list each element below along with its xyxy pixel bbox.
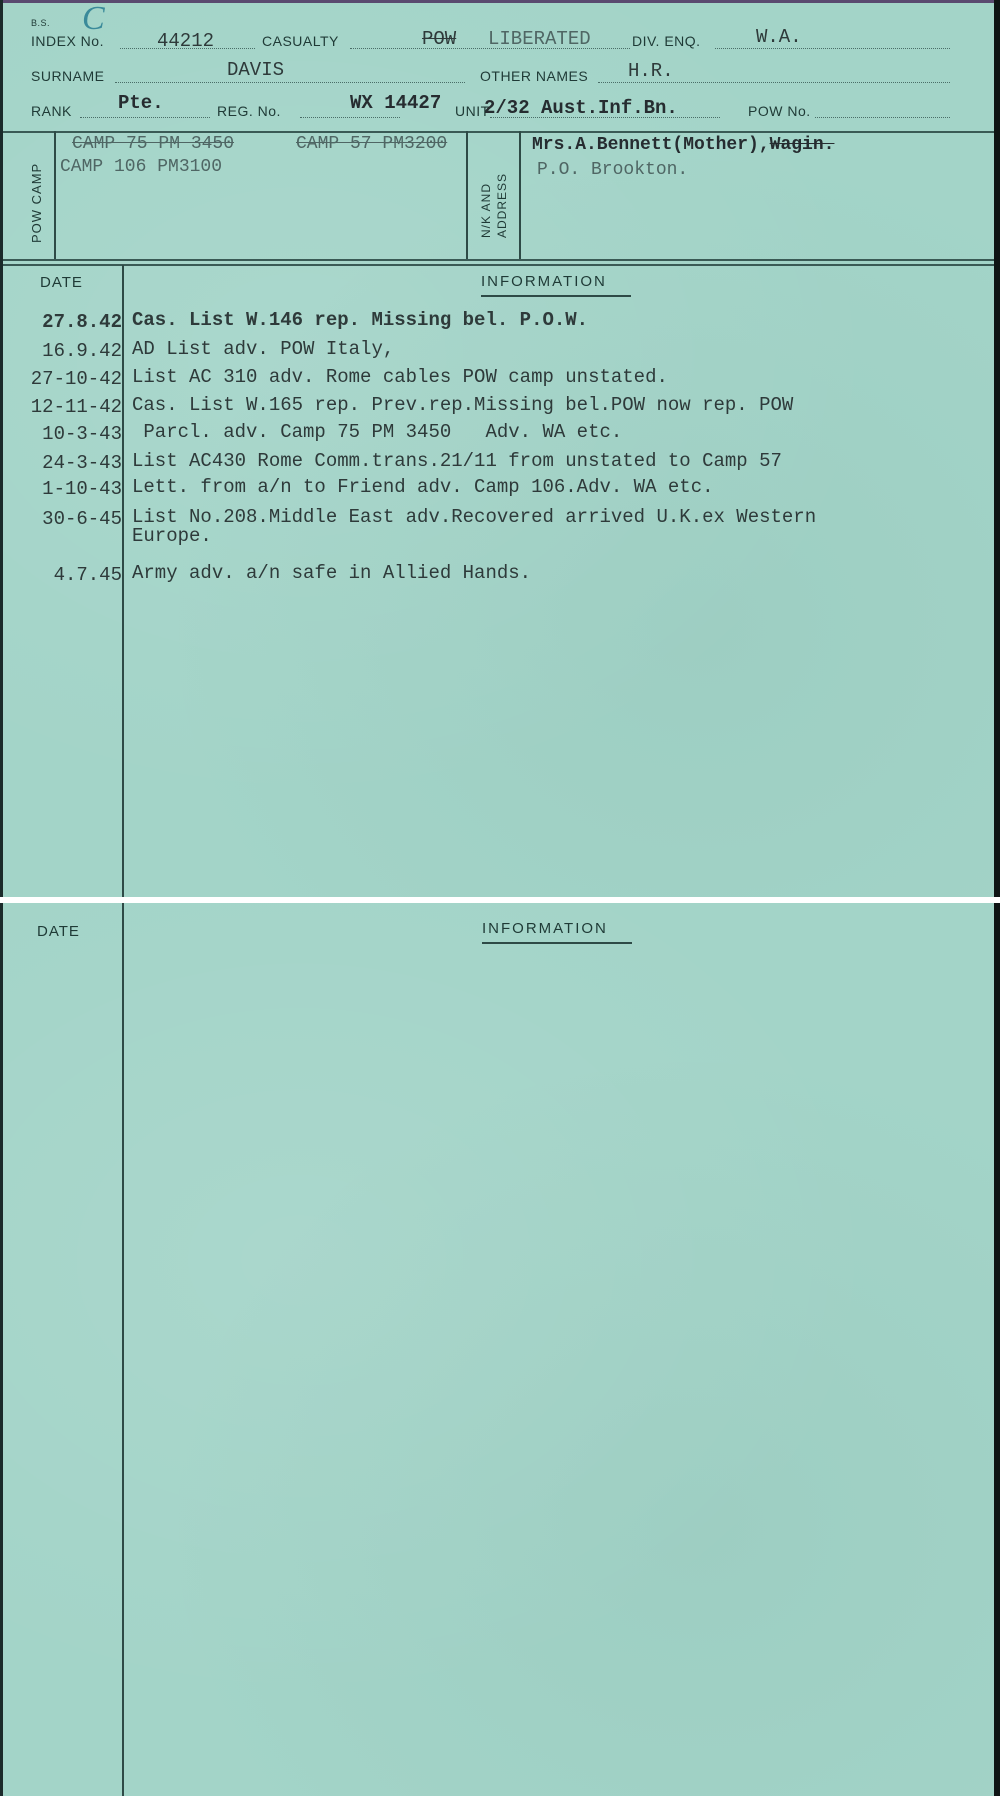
card-edge	[0, 0, 1000, 3]
nok-line1: Mrs.A.Bennett(Mother),Wagin.	[532, 135, 834, 155]
pow-camp-struck-2: CAMP 57 PM3200	[296, 134, 447, 154]
unit-value: 2/32 Aust.Inf.Bn.	[484, 97, 678, 119]
date-header: DATE	[37, 923, 80, 940]
casualty-label: CASUALTY	[262, 33, 339, 49]
entry-date: 27.8.42	[4, 311, 122, 333]
entry-info: AD List adv. POW Italy,	[132, 340, 962, 359]
pow-camp-struck-1: CAMP 75 PM 3450	[72, 134, 234, 154]
information-header: INFORMATION	[481, 273, 607, 290]
information-header: INFORMATION	[482, 920, 608, 937]
casualty-struck-value: POW	[422, 28, 456, 50]
entry-date: 12-11-42	[4, 396, 122, 418]
rank-label: RANK	[31, 103, 72, 119]
pow-camp-label: POW CAMP	[29, 163, 44, 243]
other-names-value: H.R.	[628, 60, 674, 82]
entry-info: Parcl. adv. Camp 75 PM 3450 Adv. WA etc.	[132, 423, 962, 442]
card-edge	[0, 0, 3, 897]
card-edge	[994, 0, 1000, 897]
entry-date: 27-10-42	[4, 368, 122, 390]
entry-date: 1-10-43	[4, 478, 122, 500]
entry-info: Army adv. a/n safe in Allied Hands.	[132, 564, 962, 583]
nok-label-line2: ADDRESS	[495, 173, 509, 238]
entry-date: 10-3-43	[4, 423, 122, 445]
nok-struck-town: Wagin.	[770, 135, 835, 155]
casualty-value: LIBERATED	[488, 28, 591, 50]
index-label: INDEX No.	[31, 33, 104, 49]
entry-info: List AC430 Rome Comm.trans.21/11 from un…	[132, 452, 962, 471]
div-enq-label: DIV. ENQ.	[632, 33, 701, 49]
date-header: DATE	[40, 274, 83, 291]
rank-value: Pte.	[118, 92, 164, 114]
record-card-front: C B.S. INDEX No. 44212 CASUALTY POW LIBE…	[0, 0, 1000, 897]
surname-value: DAVIS	[227, 59, 284, 81]
nok-label-line1: N/K AND	[479, 183, 493, 238]
bs-label: B.S.	[31, 18, 50, 28]
pow-camp-current: CAMP 106 PM3100	[60, 157, 222, 177]
pow-no-label: POW No.	[748, 103, 811, 119]
entry-info: Cas. List W.146 rep. Missing bel. P.O.W.	[132, 311, 962, 330]
entry-info: List No.208.Middle East adv.Recovered ar…	[132, 508, 962, 546]
div-enq-value: W.A.	[756, 26, 802, 48]
entry-info: List AC 310 adv. Rome cables POW camp un…	[132, 368, 962, 387]
nok-line2: P.O. Brookton.	[537, 160, 688, 180]
entry-date: 4.7.45	[4, 564, 122, 586]
entry-info: Lett. from a/n to Friend adv. Camp 106.A…	[132, 478, 962, 497]
index-value: 44212	[157, 30, 214, 52]
surname-label: SURNAME	[31, 68, 105, 84]
card-edge	[0, 903, 3, 1796]
entry-info: Cas. List W.165 rep. Prev.rep.Missing be…	[132, 396, 962, 415]
reg-no-label: REG. No.	[217, 103, 281, 119]
other-names-label: OTHER NAMES	[480, 68, 588, 84]
card-edge	[994, 903, 1000, 1796]
entry-date: 24-3-43	[4, 452, 122, 474]
entry-date: 16.9.42	[4, 340, 122, 362]
reg-no-value: WX 14427	[350, 92, 441, 114]
entry-date: 30-6-45	[4, 508, 122, 530]
record-card-back: DATE INFORMATION	[0, 903, 1000, 1796]
